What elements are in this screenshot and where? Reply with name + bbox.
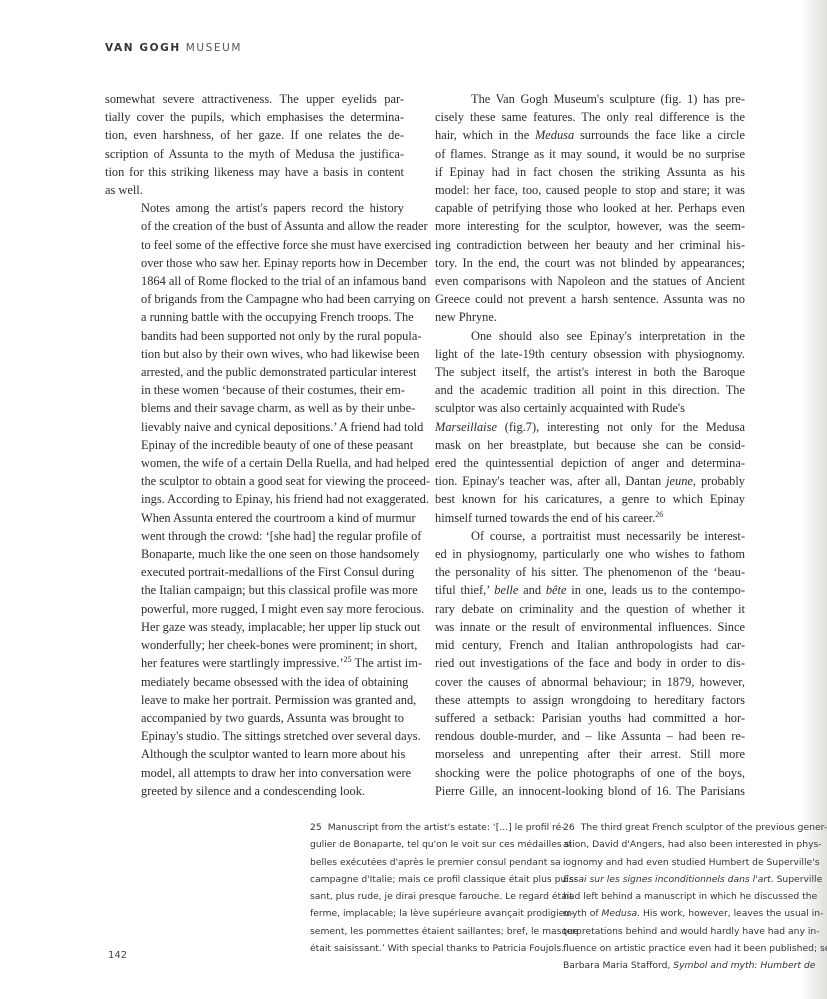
text-run: surrounds the face like a circle <box>574 128 745 142</box>
footnote-line: sant, plus rude, je dirai presque farouc… <box>310 888 548 905</box>
text-line: greeted by silence and a condescending l… <box>105 782 404 800</box>
footnote-line: ation, David d'Angers, had also been int… <box>563 836 801 853</box>
footnote-26: 26The third great French sculptor of the… <box>563 819 801 975</box>
text-line: shocking were the police photographs of … <box>435 764 745 782</box>
text-line: scription of Assunta to the myth of Medu… <box>105 145 404 163</box>
text-run: Barbara Maria Stafford, <box>563 960 673 971</box>
text-line: Epinay of the incredible beauty of one o… <box>105 436 404 454</box>
text-line: hair, which in the Medusa surrounds the … <box>435 126 745 144</box>
footnote-line: ferme, implacable; la lève supérieure av… <box>310 905 548 922</box>
text-line: tiful thief,’ belle and bête in one, lea… <box>435 581 745 599</box>
italic-term: jeune <box>666 474 693 488</box>
text-run: Manuscript from the artist's estate: ‘[.… <box>328 822 565 833</box>
text-line: The subject itself, the artist's interes… <box>435 363 745 381</box>
footnote-25: 25Manuscript from the artist's estate: ‘… <box>310 819 548 957</box>
paragraph: Of course, a portraitist must necessaril… <box>435 527 745 800</box>
text-line: mid century, French and Italian anthropo… <box>435 636 745 654</box>
text-line: new Phryne. <box>435 308 745 326</box>
text-line: Marseillaise (fig.7), interesting not on… <box>435 418 745 436</box>
text-line: 1864 all of Rome flocked to the trial of… <box>105 272 404 290</box>
text-line: tion. Epinay's teacher was, after all, D… <box>435 472 745 490</box>
left-column: somewhat severe attractiveness. The uppe… <box>105 90 404 800</box>
text-line: somewhat severe attractiveness. The uppe… <box>105 90 404 108</box>
text-run: The artist im- <box>352 656 422 670</box>
right-column: The Van Gogh Museum's sculpture (fig. 1)… <box>435 90 745 800</box>
italic-title: Marseillaise <box>435 420 497 434</box>
footnote-line: myth of Medusa. His work, however, leave… <box>563 905 801 922</box>
footnote-line: sement, les pommettes étaient saillantes… <box>310 923 548 940</box>
text-line: even comparisons with Napoleon and the s… <box>435 272 745 290</box>
footnote-line: Barbara Maria Stafford, Symbol and myth:… <box>563 957 801 974</box>
text-run: , probably <box>693 474 745 488</box>
footnote-line: belles exécutées d'après le premier cons… <box>310 854 548 871</box>
text-line: ered the quintessential depiction of ang… <box>435 454 745 472</box>
text-line: wonderfully; her cheek-bones were promin… <box>105 636 404 654</box>
footnote-ref-25[interactable]: 25 <box>344 655 352 664</box>
footnote-number: 26 <box>563 822 575 833</box>
footnote-line: était saisissant.’ With special thanks t… <box>310 940 548 957</box>
text-line: mask on her breastplate, but because she… <box>435 436 745 454</box>
footnote-line: 26The third great French sculptor of the… <box>563 819 801 836</box>
text-line: in these women ‘because of their costume… <box>105 381 404 399</box>
text-line: Bonaparte, much like the one seen on tho… <box>105 545 404 563</box>
italic-title: Essai sur les signes inconditionnels dan… <box>563 874 771 885</box>
paragraph: somewhat severe attractiveness. The uppe… <box>105 90 404 199</box>
text-line: cover the causes of abnormal behaviour; … <box>435 673 745 691</box>
text-line: of flames. Strange as it may sound, it w… <box>435 145 745 163</box>
text-line: of brigands from the Campagne who had be… <box>105 290 404 308</box>
footnote-line: fluence on artistic practice even had it… <box>563 940 801 957</box>
footnote-line: gulier de Bonaparte, tel qu'on le voit s… <box>310 836 548 853</box>
text-line: sculptor was also certainly acquainted w… <box>435 399 745 417</box>
text-line: the personality of his sitter. The pheno… <box>435 563 745 581</box>
text-run: tion. Epinay's teacher was, after all, D… <box>435 474 666 488</box>
text-line: arrested, and the public demonstrated pa… <box>105 363 404 381</box>
text-line: the sculptor to obtain a good seat for v… <box>105 472 404 490</box>
footnote-line: terpretations behind and would hardly ha… <box>563 923 801 940</box>
text-line: blems and their savage charm, as well as… <box>105 399 404 417</box>
text-line: The Van Gogh Museum's sculpture (fig. 1)… <box>435 90 745 108</box>
text-line: these attempts to assign wrongdoing to h… <box>435 691 745 709</box>
text-line: ings. According to Epinay, his friend ha… <box>105 490 404 508</box>
text-line: capable of petrifying those who looked a… <box>435 199 745 217</box>
text-line: was innate or the result of environmenta… <box>435 618 745 636</box>
footnote-line: 25Manuscript from the artist's estate: ‘… <box>310 819 548 836</box>
text-line: Greece could not prevent a harsh sentenc… <box>435 290 745 308</box>
text-line: Notes among the artist's papers record t… <box>105 199 404 217</box>
text-line: morseless and unrepenting after their ar… <box>435 745 745 763</box>
paragraph: The Van Gogh Museum's sculpture (fig. 1)… <box>435 90 745 327</box>
text-line: Although the sculptor wanted to learn mo… <box>105 745 404 763</box>
text-run: tiful thief,’ <box>435 583 494 597</box>
text-line-with-footnote: her features were startlingly impressive… <box>105 654 404 672</box>
text-line: Pierre Gille, an innocent-looking blond … <box>435 782 745 800</box>
text-line: went through the crowd: ‘[she had] the r… <box>105 527 404 545</box>
text-line: to feel some of the effective force she … <box>105 236 404 254</box>
text-line: suffered a setback: Parisian youths had … <box>435 709 745 727</box>
page-number: 142 <box>108 950 127 961</box>
text-run: myth of <box>563 908 602 919</box>
text-line: When Assunta entered the courtroom a kin… <box>105 509 404 527</box>
italic-title: Symbol and myth: Humbert de <box>673 960 815 971</box>
text-run: . Superville <box>771 874 823 885</box>
footnote-line: campagne d'Italie; mais ce profil classi… <box>310 871 548 888</box>
footnote-line: iognomy and had even studied Humbert de … <box>563 854 801 871</box>
text-line: as well. <box>105 181 404 199</box>
text-run: (fig.7), interesting not only for the Me… <box>497 420 745 434</box>
text-line: mediately became obsessed with the idea … <box>105 673 404 691</box>
text-line-with-footnote: himself turned towards the end of his ca… <box>435 509 745 527</box>
running-head: VAN GOGH MUSEUM <box>105 42 242 54</box>
text-line: model, all attempts to draw her into con… <box>105 764 404 782</box>
text-line: ed in physiognomy, particularly one who … <box>435 545 745 563</box>
text-line: tion for this striking likeness may have… <box>105 163 404 181</box>
text-line: powerful, more rugged, I might even say … <box>105 600 404 618</box>
text-line: and the academic tradition all point in … <box>435 381 745 399</box>
paragraph: One should also see Epinay's interpretat… <box>435 327 745 527</box>
text-line: tion, even harshness, of her gaze. If on… <box>105 126 404 144</box>
text-line: more interesting for the sculptor, howev… <box>435 217 745 235</box>
text-line: tially cover the pupils, which emphasise… <box>105 108 404 126</box>
text-line: tion but also by their own wives, who ha… <box>105 345 404 363</box>
text-line: of the creation of the bust of Assunta a… <box>105 217 404 235</box>
text-line: One should also see Epinay's interpretat… <box>435 327 745 345</box>
text-run: himself turned towards the end of his ca… <box>435 511 655 525</box>
footnote-line: Essai sur les signes inconditionnels dan… <box>563 871 801 888</box>
text-line: rendous double-murder, and – like Assunt… <box>435 727 745 745</box>
italic-term: Medusa <box>602 908 638 919</box>
footnote-line: had left behind a manuscript in which he… <box>563 888 801 905</box>
text-run: The third great French sculptor of the p… <box>581 822 827 833</box>
text-line: ried out investigations of the face and … <box>435 654 745 672</box>
text-line: the Italian campaign; but this classical… <box>105 581 404 599</box>
text-line: best known for his caricatures, a genre … <box>435 490 745 508</box>
text-line: accompanied by two guards, Assunta was b… <box>105 709 404 727</box>
paragraph: Notes among the artist's papers record t… <box>105 199 404 800</box>
text-run: hair, which in the <box>435 128 535 142</box>
text-line: executed portrait-medallions of the Firs… <box>105 563 404 581</box>
text-line: tory. In the end, the court was not blin… <box>435 254 745 272</box>
text-line: ing contradiction between her beauty and… <box>435 236 745 254</box>
text-line: Of course, a portraitist must necessaril… <box>435 527 745 545</box>
text-line: over those who saw her. Epinay reports h… <box>105 254 404 272</box>
running-head-brand: VAN GOGH <box>105 42 181 54</box>
text-line: rary debate on criminality and the quest… <box>435 600 745 618</box>
text-line: light of the late-19th century obsession… <box>435 345 745 363</box>
text-line: lievably naive and cynical depositions.’… <box>105 418 404 436</box>
running-head-subtitle: MUSEUM <box>186 42 242 54</box>
text-line: bandits had been supported not only by t… <box>105 327 404 345</box>
text-line: Her gaze was steady, implacable; her upp… <box>105 618 404 636</box>
italic-title: Medusa <box>535 128 574 142</box>
text-line: leave to make her portrait. Permission w… <box>105 691 404 709</box>
text-run: her features were startlingly impressive… <box>141 656 344 670</box>
text-line: Epinay's studio. The sittings stretched … <box>105 727 404 745</box>
text-line: women, the wife of a certain Della Ruell… <box>105 454 404 472</box>
italic-term: belle <box>494 583 518 597</box>
text-run: and <box>518 583 546 597</box>
text-line: model: her face, too, caused people to s… <box>435 181 745 199</box>
text-line: a running battle with the occupying Fren… <box>105 308 404 326</box>
text-run: in one, leads us to the contempo- <box>567 583 745 597</box>
italic-term: bête <box>546 583 567 597</box>
footnote-ref-26[interactable]: 26 <box>655 510 663 519</box>
text-line: if Epinay had in fact chosen the strikin… <box>435 163 745 181</box>
footnote-number: 25 <box>310 822 322 833</box>
text-run: . His work, however, leaves the usual in… <box>637 908 823 919</box>
text-line: cisely these same features. The only rea… <box>435 108 745 126</box>
